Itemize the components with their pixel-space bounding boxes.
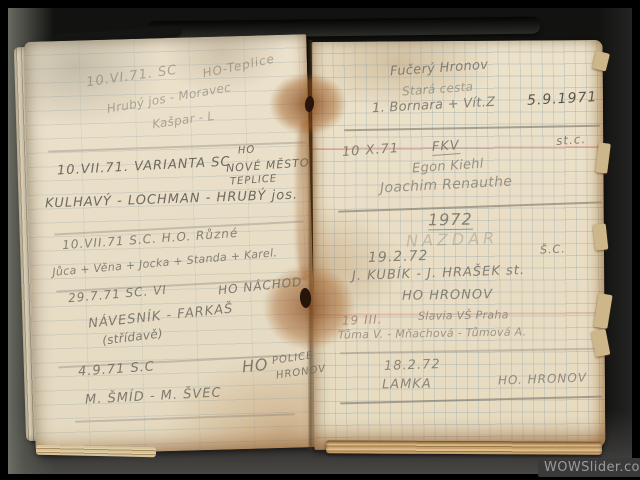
handwritten-line: Š.C. [540,243,566,255]
handwritten-line: 10 X.71 [342,142,400,159]
handwritten-line: 1972 [428,212,473,231]
handwritten-line: 19 III. [342,313,383,326]
photo-frame: 10.VI.71. SC HO-Teplice Hrubý jos - Mora… [0,0,640,480]
handwritten-line: HO [241,357,269,376]
handwritten-line: FKV [432,139,461,156]
handwritten-line: Slavia VŠ Praha [418,309,509,322]
watermark-link[interactable]: WOWSlider.com [538,458,640,477]
handwritten-line: 5.9.1971 [527,90,598,108]
handwritten-line: Tůma V. - Mňachová - Tůmová A. [338,326,527,340]
handwritten-line: 19.2.72 [368,249,429,265]
handwritten-line: HO HRONOV [402,288,493,303]
torn-page-tab [593,223,609,250]
handwritten-line: st.c. [556,133,587,147]
handwritten-line: NAZDAR [406,230,499,249]
page-stack-edge [326,440,602,454]
handwritten-line: 18.2.72 [384,358,441,373]
handwritten-line: HO. HRONOV [498,371,587,386]
burn-stain [250,252,368,362]
handwritten-line: HO [238,145,256,156]
handwritten-line: LAMKA [382,378,432,392]
